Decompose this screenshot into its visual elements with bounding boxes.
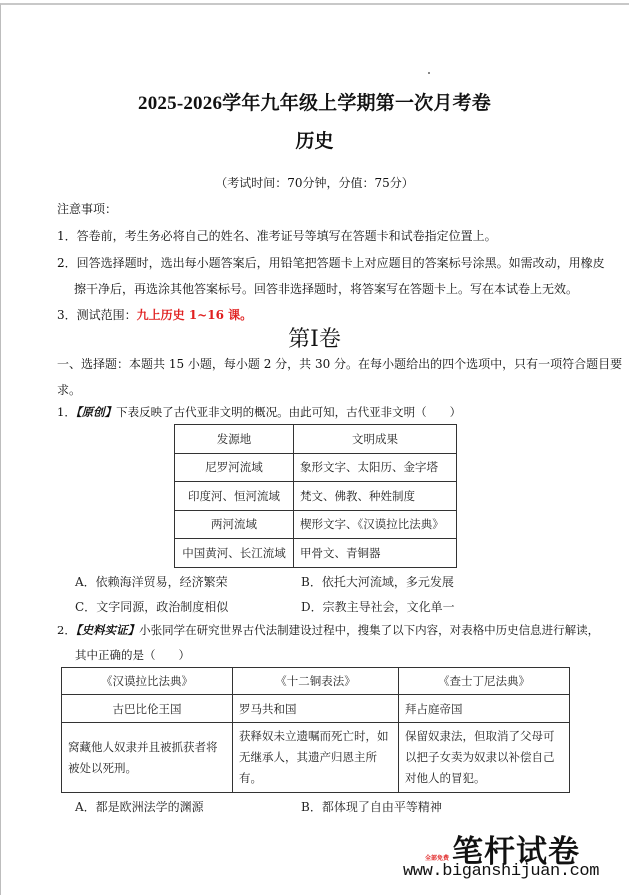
notice-item-2-cont: 擦干净后，再选涂其他答案标号。回答非选择题时，将答案写在答题卡上。写在本试卷上无… <box>74 282 578 296</box>
table-cell: 印度河、恒河流域 <box>175 482 294 511</box>
table-row: 窝藏他人奴隶并且被抓获者将被处以死刑。 获释奴未立遗嘱而死亡时，如无继承人，其遗… <box>62 723 570 793</box>
notice-num: 1． <box>57 229 77 243</box>
option-text: 文字同源，政治制度相似 <box>96 600 228 614</box>
table-cell: 罗马共和国 <box>233 695 399 723</box>
table-row: 两河流域 楔形文字、《汉谟拉比法典》 <box>175 510 457 539</box>
question-text: 下表反映了古代亚非文明的概况。由此可知，古代亚非文明（ ） <box>116 405 461 419</box>
option-label: A． <box>75 800 96 814</box>
table-header-row: 发源地 文明成果 <box>175 425 457 454</box>
option-c[interactable]: C．文字同源，政治制度相似 <box>75 598 228 615</box>
table-cell: 梵文、佛教、种姓制度 <box>294 482 457 511</box>
table-header-row: 《汉谟拉比法典》 《十二铜表法》 《查士丁尼法典》 <box>62 668 570 695</box>
option-text: 宗教主导社会，文化单一 <box>323 600 455 614</box>
table-header-cell: 发源地 <box>175 425 294 454</box>
option-b[interactable]: B．都体现了自由平等精神 <box>301 798 442 815</box>
table-header-cell: 《查士丁尼法典》 <box>399 668 570 695</box>
option-text: 都是欧洲法学的渊源 <box>96 800 204 814</box>
table-cell: 拜占庭帝国 <box>399 695 570 723</box>
question-2-stem-cont: 其中正确的是（ ） <box>75 648 190 662</box>
option-b[interactable]: B．依托大河流域，多元发展 <box>301 573 454 590</box>
option-text: 依托大河流域，多元发展 <box>322 575 454 589</box>
table-cell: 古巴比伦王国 <box>62 695 233 723</box>
option-text: 都体现了自由平等精神 <box>322 800 442 814</box>
question-1-stem: 1．【原创】下表反映了古代亚非文明的概况。由此可知，古代亚非文明（ ） <box>57 405 461 419</box>
option-label: A． <box>75 575 96 589</box>
option-d[interactable]: D．宗教主导社会，文化单一 <box>301 598 455 615</box>
option-a[interactable]: A．依赖海洋贸易，经济繁荣 <box>75 573 228 590</box>
option-label: D． <box>301 600 323 614</box>
section-title: 第Ⅰ卷 <box>0 322 629 353</box>
question-text: 小张同学在研究世界古代法制建设过程中，搜集了以下内容，对表格中历史信息进行解读， <box>139 623 599 637</box>
section-instructions-cont: 求。 <box>57 383 81 397</box>
table-cell: 尼罗河流域 <box>175 453 294 482</box>
watermark-url: www.biganshijuan.com <box>403 862 599 881</box>
notice-item-3: 3．测试范围：九上历史 1~16 课。 <box>57 308 252 322</box>
section-instructions: 一、选择题：本题共 15 小题，每小题 2 分，共 30 分。在每小题给出的四个… <box>57 357 622 371</box>
document-title: 2025-2026学年九年级上学期第一次月考卷 <box>0 88 629 115</box>
option-a[interactable]: A．都是欧洲法学的渊源 <box>75 798 204 815</box>
table-cell: 中国黄河、长江流域 <box>175 539 294 568</box>
question-tag: 【史料实证】 <box>76 623 139 637</box>
table-row: 中国黄河、长江流域 甲骨文、青铜器 <box>175 539 457 568</box>
exam-info: （考试时间：70分钟，分值：75分） <box>0 174 629 191</box>
watermark-free-label: 全部免费 <box>425 853 449 862</box>
notice-heading: 注意事项： <box>57 202 117 216</box>
law-code-table: 《汉谟拉比法典》 《十二铜表法》 《查士丁尼法典》 古巴比伦王国 罗马共和国 拜… <box>61 667 570 793</box>
question-num: 1． <box>57 405 76 419</box>
table-cell: 保留奴隶法，但取消了父母可以把子女卖为奴隶以补偿自己对他人的冒犯。 <box>399 723 570 793</box>
option-label: B． <box>301 575 322 589</box>
subject-title: 历史 <box>0 126 629 153</box>
table-cell: 两河流域 <box>175 510 294 539</box>
scan-speck <box>428 72 430 74</box>
table-cell: 象形文字、太阳历、金字塔 <box>294 453 457 482</box>
test-scope-highlight: 九上历史 1~16 课。 <box>137 308 252 322</box>
question-2-stem: 2．【史料实证】小张同学在研究世界古代法制建设过程中，搜集了以下内容，对表格中历… <box>57 623 599 637</box>
option-label: C． <box>75 600 96 614</box>
question-tag: 【原创】 <box>76 405 116 419</box>
table-cell: 楔形文字、《汉谟拉比法典》 <box>294 510 457 539</box>
notice-text: 答卷前，考生务必将自己的姓名、准考证号等填写在答题卡和试卷指定位置上。 <box>77 229 497 243</box>
notice-text: 回答选择题时，选出每小题答案后，用铅笔把答题卡上对应题目的答案标号涂黑。如需改动… <box>77 256 605 270</box>
civilization-table: 发源地 文明成果 尼罗河流域 象形文字、太阳历、金字塔 印度河、恒河流域 梵文、… <box>174 424 457 568</box>
table-header-cell: 《十二铜表法》 <box>233 668 399 695</box>
table-cell: 甲骨文、青铜器 <box>294 539 457 568</box>
table-row: 印度河、恒河流域 梵文、佛教、种姓制度 <box>175 482 457 511</box>
table-header-cell: 《汉谟拉比法典》 <box>62 668 233 695</box>
question-num: 2． <box>57 623 76 637</box>
table-cell: 获释奴未立遗嘱而死亡时，如无继承人，其遗产归恩主所有。 <box>233 723 399 793</box>
notice-item-1: 1．答卷前，考生务必将自己的姓名、准考证号等填写在答题卡和试卷指定位置上。 <box>57 229 497 243</box>
table-row: 古巴比伦王国 罗马共和国 拜占庭帝国 <box>62 695 570 723</box>
notice-num: 3． <box>57 308 77 322</box>
option-text: 依赖海洋贸易，经济繁荣 <box>96 575 228 589</box>
option-label: B． <box>301 800 322 814</box>
table-row: 尼罗河流域 象形文字、太阳历、金字塔 <box>175 453 457 482</box>
table-header-cell: 文明成果 <box>294 425 457 454</box>
table-cell: 窝藏他人奴隶并且被抓获者将被处以死刑。 <box>62 723 233 793</box>
notice-item-2: 2．回答选择题时，选出每小题答案后，用铅笔把答题卡上对应题目的答案标号涂黑。如需… <box>57 256 605 270</box>
notice-label: 测试范围： <box>77 308 137 322</box>
notice-num: 2． <box>57 256 77 270</box>
